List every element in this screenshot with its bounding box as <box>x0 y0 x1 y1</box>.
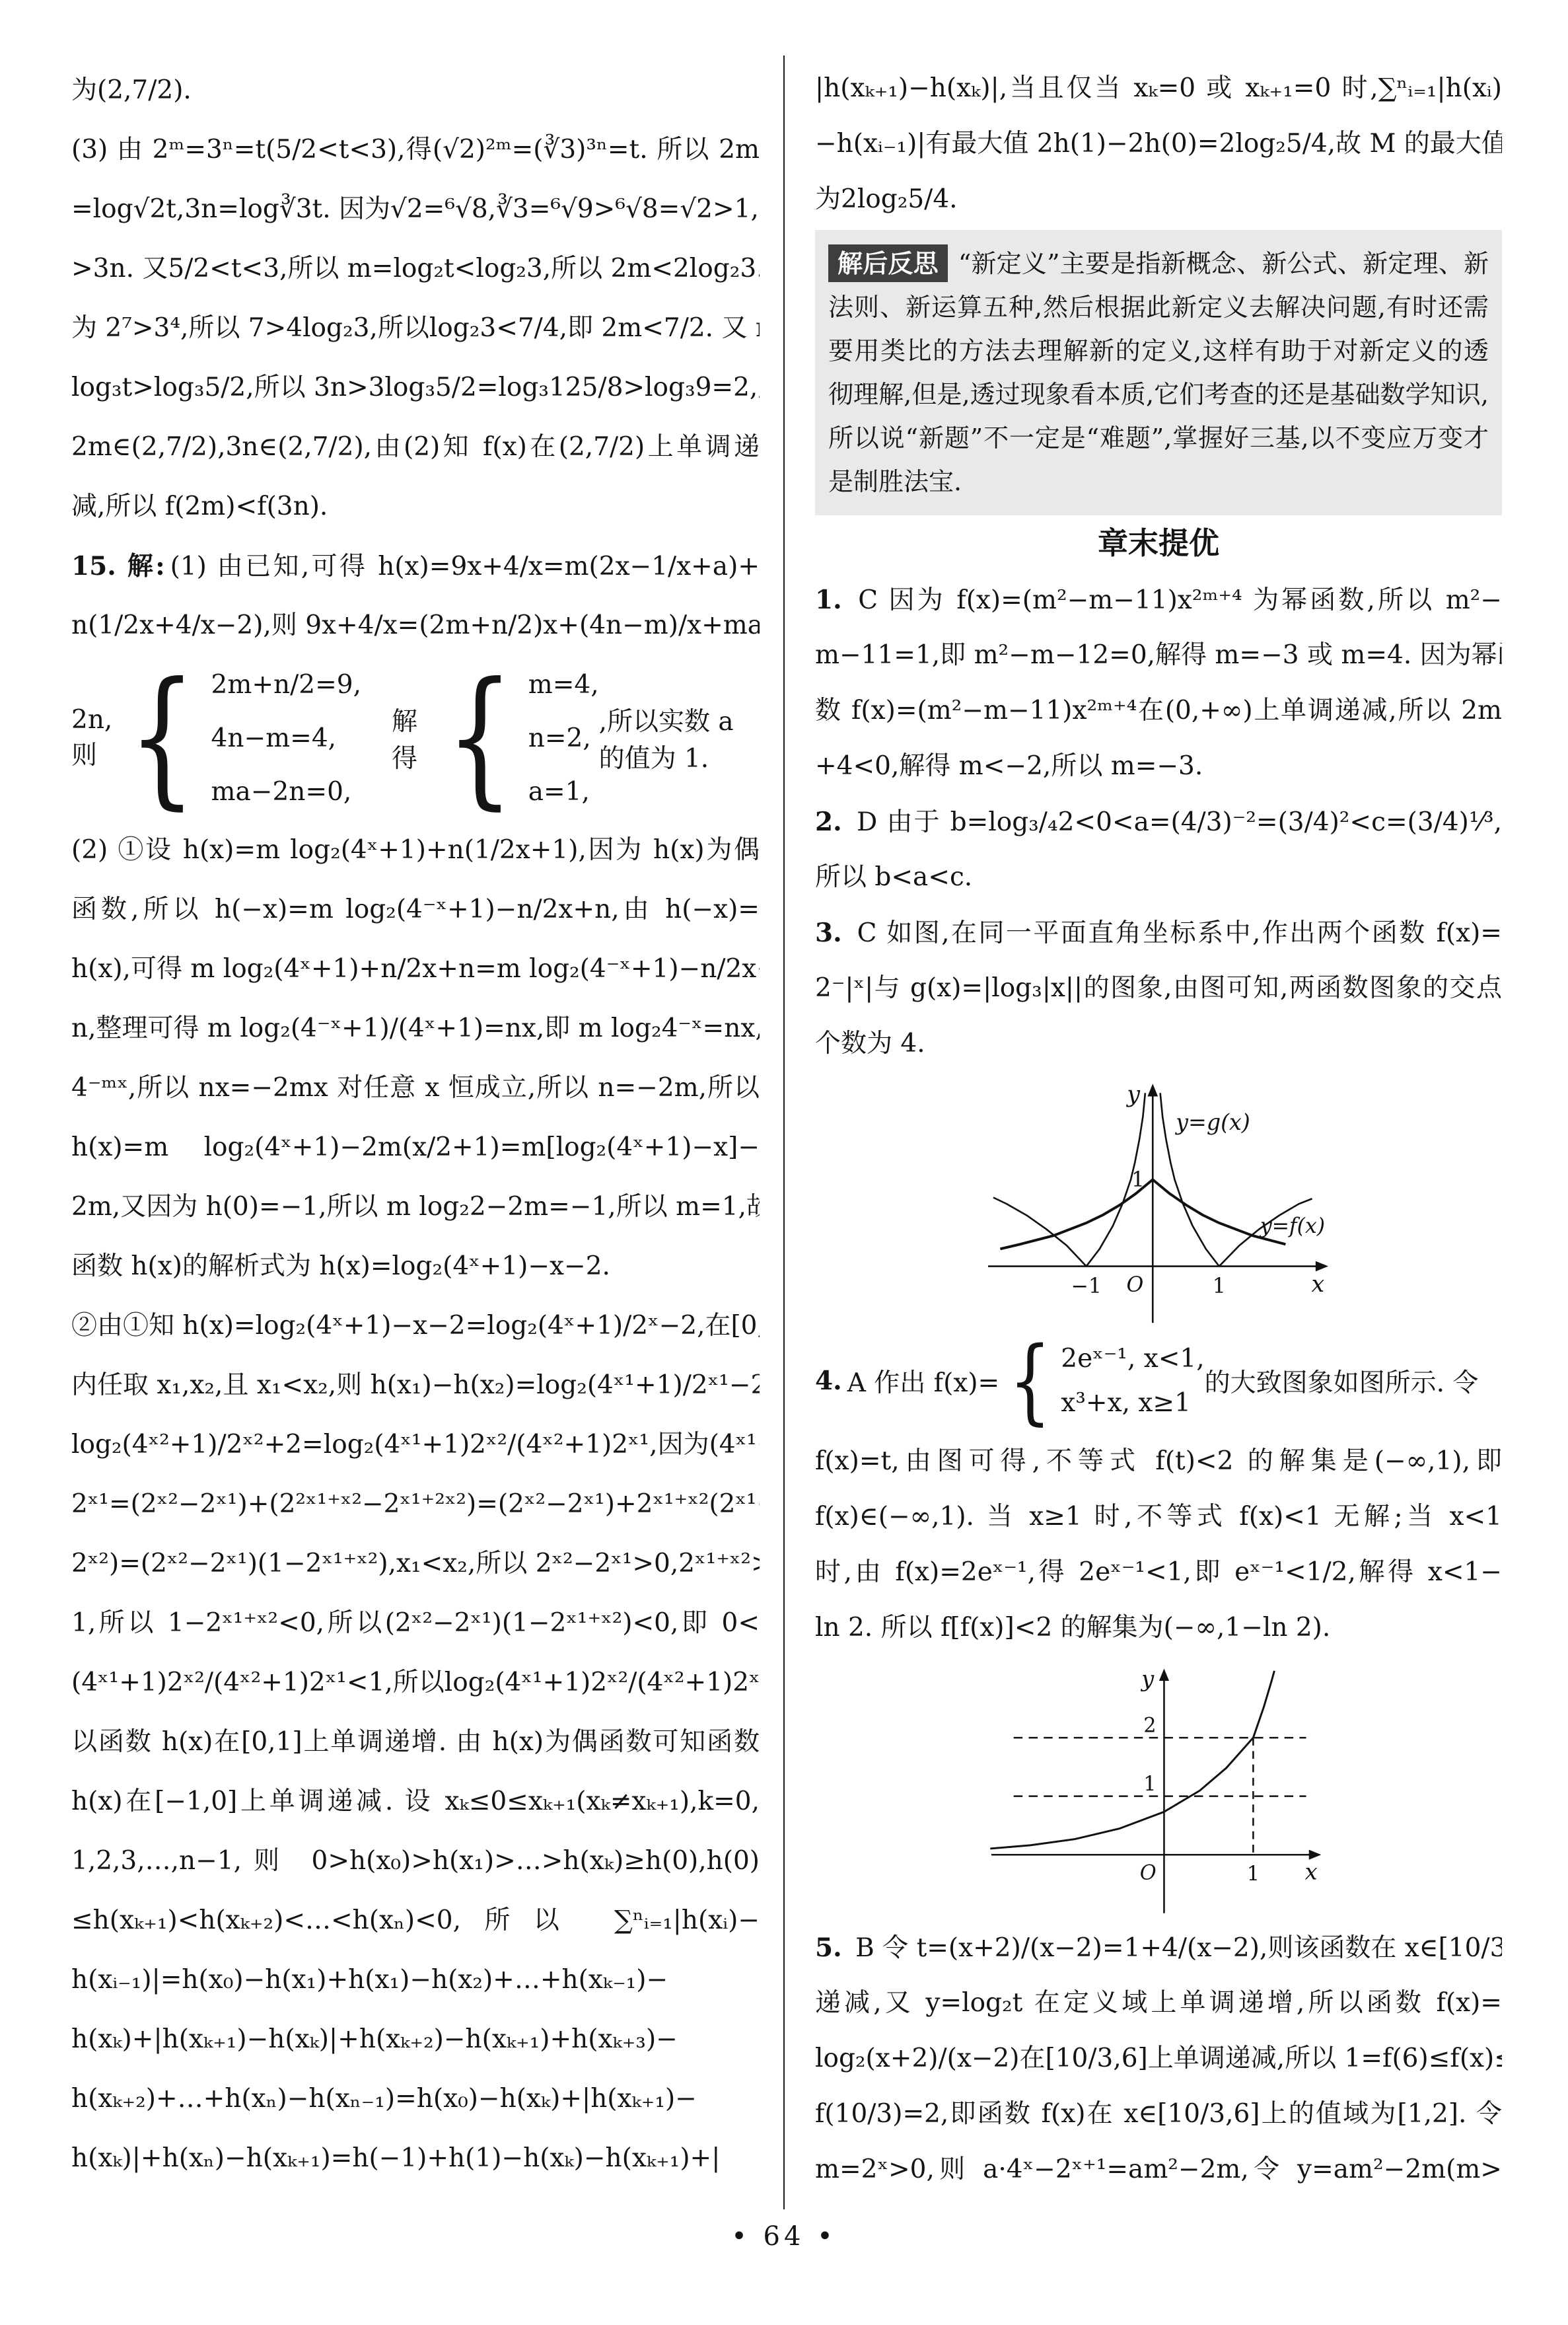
system-solutions: m=4, n=2, a=1, <box>528 670 599 807</box>
text-line: =log√2t,3n=log∛3t. 因为√2=⁶√8,∛3=⁶√9>⁶√8=√… <box>71 180 760 239</box>
text-line: 2ˣ¹=(2ˣ²−2ˣ¹)+(2²ˣ¹⁺ˣ²−2ˣ¹⁺²ˣ²)=(2ˣ²−2ˣ¹… <box>71 1475 760 1534</box>
equation: 2m+n/2=9, <box>211 670 361 700</box>
left-lines-bottom: (2) ①设 h(x)=m log₂(4ˣ+1)+n(1/2x+1),因为 h(… <box>71 821 760 2188</box>
right-lines-top: |h(xₖ₊₁)−h(xₖ)|,当且仅当 xₖ=0 或 xₖ₊₁=0 时,∑ⁿᵢ… <box>815 61 1502 227</box>
text-line: ln 2. 所以 f[f(x)]<2 的解集为(−∞,1−ln 2). <box>815 1600 1502 1656</box>
figure-2-wrapper: y 2 1 O 1 x <box>815 1660 1502 1916</box>
x-arrow-icon <box>1316 1261 1328 1272</box>
y-axis-label: y <box>1140 1666 1155 1691</box>
reflection-box: 解后反思“新定义”主要是指新概念、新公式、新定理、新法则、新运算五种,然后根据此… <box>815 230 1502 515</box>
case: 2eˣ⁻¹, x<1, <box>1061 1344 1204 1374</box>
left-lines-top: 为(2,7/2).(3) 由 2ᵐ=3ⁿ=t(5/2<t<3),得(√2)²ᵐ=… <box>71 61 760 655</box>
bold-item-number: 1. <box>815 585 842 615</box>
equation-system: 2n,则 { 2m+n/2=9, 4n−m=4, ma−2n=0, 解得 { m… <box>71 655 760 821</box>
x-axis-label: x <box>1305 1859 1318 1884</box>
y-tick-2: 2 <box>1143 1715 1156 1738</box>
y-tick-1: 1 <box>1131 1168 1145 1192</box>
text-line: f(x)=t,由图可得,不等式 f(t)<2 的解集是(−∞,1),即 <box>815 1434 1502 1489</box>
text-line: 3. C 如图,在同一平面直角坐标系中,作出两个函数 f(x)= <box>815 905 1502 961</box>
figure-1-wrapper: y y=g(x) 1 y=f(x) −1 O 1 x <box>815 1076 1502 1324</box>
text-line: n,整理可得 m log₂(4⁻ˣ+1)/(4ˣ+1)=nx,即 m log₂4… <box>71 999 760 1058</box>
left-brace-icon: { <box>1009 1342 1051 1421</box>
text-line: 以函数 h(x)在[0,1]上单调递增. 由 h(x)为偶函数可知函数 <box>71 1713 760 1772</box>
text-line: 数 f(x)=(m²−m−11)x²ᵐ⁺⁴在(0,+∞)上单调递减,所以 2m <box>815 683 1502 739</box>
solution: n=2, <box>528 723 599 753</box>
equation: 4n−m=4, <box>211 723 361 753</box>
text-line: 2. D 由于 b=log₃/₄2<0<a=(4/3)⁻²=(3/4)²<c=(… <box>815 794 1502 850</box>
text-line: 为(2,7/2). <box>71 61 760 120</box>
right-lines-problem-5: 5. B 令 t=(x+2)/(x−2)=1+4/(x−2),则该函数在 x∈[… <box>815 1920 1502 2197</box>
text-line: 减,所以 f(2m)<f(3n). <box>71 477 760 536</box>
text-line: (2) ①设 h(x)=m log₂(4ˣ+1)+n(1/2x+1),因为 h(… <box>71 821 760 880</box>
problem-number: 4. <box>815 1366 842 1396</box>
text-line: 函数,所以 h(−x)=m log₂(4⁻ˣ+1)−n/2x+n,由 h(−x)… <box>71 880 760 940</box>
solve-label: 解得 <box>392 701 425 775</box>
right-lines-problem-4: f(x)=t,由图可得,不等式 f(t)<2 的解集是(−∞,1),即f(x)∈… <box>815 1434 1502 1656</box>
text-line: 15. 解:(1) 由已知,可得 h(x)=9x+4/x=m(2x−1/x+a)… <box>71 536 760 596</box>
text-line: 内任取 x₁,x₂,且 x₁<x₂,则 h(x₁)−h(x₂)=log₂(4ˣ¹… <box>71 1356 760 1415</box>
x-tick-neg-1: −1 <box>1071 1274 1102 1298</box>
text-line: 2m∈(2,7/2),3n∈(2,7/2),由(2)知 f(x)在(2,7/2)… <box>71 418 760 477</box>
bold-item-number: 15. 解: <box>71 551 165 581</box>
text-line: 4⁻ᵐˣ,所以 nx=−2mx 对任意 x 恒成立,所以 n=−2m,所以 <box>71 1058 760 1118</box>
text-line: +4<0,解得 m<−2,所以 m=−3. <box>815 739 1502 794</box>
curve-g-outer-left <box>993 1198 1087 1267</box>
text-line: 1. C 因为 f(x)=(m²−m−11)x²ᵐ⁺⁴ 为幂函数,所以 m²− <box>815 572 1502 628</box>
column-divider <box>783 55 785 2209</box>
text-line: h(x)在[−1,0]上单调递减. 设 xₖ≤0≤xₖ₊₁(xₖ≠xₖ₊₁),k… <box>71 1772 760 1831</box>
text-line: 函数 h(x)的解析式为 h(x)=log₂(4ˣ+1)−x−2. <box>71 1237 760 1296</box>
y-tick-1: 1 <box>1143 1773 1156 1796</box>
text-line: m=2ˣ>0,则 a·4ˣ−2ˣ⁺¹=am²−2m,令 y=am²−2m(m> <box>815 2142 1502 2197</box>
text-line: h(xₖ)+|h(xₖ₊₁)−h(xₖ)|+h(xₖ₊₂)−h(xₖ₊₁)+h(… <box>71 2010 760 2069</box>
left-brace-icon: { <box>446 675 514 801</box>
piecewise-prefix: A 作出 f(x)= <box>847 1362 1000 1399</box>
text-line: 时,由 f(x)=2eˣ⁻¹,得 2eˣ⁻¹<1,即 eˣ⁻¹<1/2,解得 x… <box>815 1545 1502 1600</box>
text-line: n(1/2x+4/x−2),则 9x+4/x=(2m+n/2)x+(4n−m)/… <box>71 596 760 655</box>
left-column: 为(2,7/2).(3) 由 2ᵐ=3ⁿ=t(5/2<t<3),得(√2)²ᵐ=… <box>71 61 760 2188</box>
bold-item-number: 2. <box>815 807 842 837</box>
text-line: 递减,又 y=log₂t 在定义域上单调递增,所以函数 f(x)= <box>815 1975 1502 2031</box>
case: x³+x, x≥1 <box>1061 1388 1204 1418</box>
text-line: 1,所以 1−2ˣ¹⁺ˣ²<0,所以(2ˣ²−2ˣ¹)(1−2ˣ¹⁺ˣ²)<0,… <box>71 1594 760 1653</box>
textbook-page: { "page": { "footer": "• 64 •" }, "left"… <box>0 0 1568 2325</box>
text-line: h(xᵢ₋₁)|=h(x₀)−h(x₁)+h(x₁)−h(x₂)+…+h(xₖ₋… <box>71 1950 760 2010</box>
g-curve-label: y=g(x) <box>1174 1109 1250 1135</box>
text-line: log₂(x+2)/(x−2)在[10/3,6]上单调递减,所以 1=f(6)≤… <box>815 2031 1502 2086</box>
text-line: ②由①知 h(x)=log₂(4ˣ+1)−x−2=log₂(4ˣ+1)/2ˣ−2… <box>71 1296 760 1356</box>
y-axis-label: y <box>1125 1082 1141 1108</box>
text-line: h(xₖ₊₂)+…+h(xₙ)−h(xₙ₋₁)=h(x₀)−h(xₖ)+|h(x… <box>71 2069 760 2129</box>
right-column: |h(xₖ₊₁)−h(xₖ)|,当且仅当 xₖ=0 或 xₖ₊₁=0 时,∑ⁿᵢ… <box>815 61 1502 2197</box>
section-heading: 章末提优 <box>815 522 1502 564</box>
text-line: 2m,又因为 h(0)=−1,所以 m log₂2−2m=−1,所以 m=1,故 <box>71 1177 760 1237</box>
text-line: 所以 b<a<c. <box>815 850 1502 905</box>
bold-item-number: 3. <box>815 918 842 948</box>
reflection-label: 解后反思 <box>828 244 948 282</box>
text-line: 个数为 4. <box>815 1016 1502 1072</box>
graph-problem-4: y 2 1 O 1 x <box>980 1660 1337 1916</box>
text-line: −h(xᵢ₋₁)|有最大值 2h(1)−2h(0)=2log₂5/4,故 M 的… <box>815 116 1502 172</box>
curve-f-piecewise <box>990 1671 1274 1849</box>
text-line: log₂(4ˣ²+1)/2ˣ²+2=log₂(4ˣ¹+1)2ˣ²/(4ˣ²+1)… <box>71 1415 760 1475</box>
text-line: |h(xₖ₊₁)−h(xₖ)|,当且仅当 xₖ=0 或 xₖ₊₁=0 时,∑ⁿᵢ… <box>815 61 1502 116</box>
text-line: 为 2⁷>3⁴,所以 7>4log₂3,所以log₂3<7/4,即 2m<7/2… <box>71 299 760 358</box>
system-equations: 2m+n/2=9, 4n−m=4, ma−2n=0, <box>211 670 361 807</box>
right-lines-problems-1-3: 1. C 因为 f(x)=(m²−m−11)x²ᵐ⁺⁴ 为幂函数,所以 m²−m… <box>815 572 1502 1072</box>
text-line: (4ˣ¹+1)2ˣ²/(4ˣ²+1)2ˣ¹<1,所以log₂(4ˣ¹+1)2ˣ²… <box>71 1653 760 1713</box>
text-line: f(x)∈(−∞,1). 当 x≥1 时,不等式 f(x)<1 无解;当 x<1 <box>815 1489 1502 1545</box>
bold-item-number: 5. <box>815 1933 842 1963</box>
text-line: >3n. 又5/2<t<3,所以 m=log₂t<log₂3,所以 2m<2lo… <box>71 239 760 299</box>
system-prefix: 2n,则 <box>71 705 114 772</box>
page-number: • 64 • <box>0 2221 1568 2252</box>
text-line: 2ˣ²)=(2ˣ²−2ˣ¹)(1−2ˣ¹⁺ˣ²),x₁<x₂,所以 2ˣ²−2ˣ… <box>71 1534 760 1594</box>
equation: ma−2n=0, <box>211 777 361 807</box>
x-tick-1: 1 <box>1247 1863 1260 1886</box>
text-line: (3) 由 2ᵐ=3ⁿ=t(5/2<t<3),得(√2)²ᵐ=(∛3)³ⁿ=t.… <box>71 120 760 180</box>
y-arrow-icon <box>1159 1668 1169 1681</box>
origin-label: O <box>1126 1273 1143 1297</box>
text-line: h(x),可得 m log₂(4ˣ+1)+n/2x+n=m log₂(4⁻ˣ+1… <box>71 940 760 999</box>
solution: m=4, <box>528 670 599 700</box>
y-arrow-icon <box>1147 1084 1158 1096</box>
piecewise-suffix: 的大致图象如图所示. 令 <box>1205 1362 1479 1399</box>
graph-problem-3: y y=g(x) 1 y=f(x) −1 O 1 x <box>974 1076 1343 1324</box>
text-line: 1,2,3,…,n−1,则 0>h(x₀)>h(x₁)>…>h(xₖ)≥h(0)… <box>71 1831 760 1891</box>
text-line: f(10/3)=2,即函数 f(x)在 x∈[10/3,6]上的值域为[1,2]… <box>815 2086 1502 2142</box>
text-line: 5. B 令 t=(x+2)/(x−2)=1+4/(x−2),则该函数在 x∈[… <box>815 1920 1502 1975</box>
origin-label: O <box>1140 1861 1157 1884</box>
x-axis-label: x <box>1311 1271 1324 1298</box>
text-line: m−11=1,即 m²−m−12=0,解得 m=−3 或 m=4. 因为幂函 <box>815 628 1502 683</box>
solution: a=1, <box>528 777 599 807</box>
text-line: 为2log₂5/4. <box>815 172 1502 227</box>
reflection-text: “新定义”主要是指新概念、新公式、新定理、新法则、新运算五种,然后根据此新定义去… <box>828 249 1489 496</box>
text-line: ≤h(xₖ₊₁)<h(xₖ₊₂)<…<h(xₙ)<0,所以 ∑ⁿᵢ₌₁|h(xᵢ… <box>71 1891 760 1950</box>
text-line: 2⁻|ˣ|与 g(x)=|log₃|x||的图象,由图可知,两函数图象的交点 <box>815 961 1502 1016</box>
left-brace-icon: { <box>128 675 196 801</box>
text-line: h(xₖ)|+h(xₙ)−h(xₖ₊₁)=h(−1)+h(1)−h(xₖ)−h(… <box>71 2129 760 2188</box>
system-suffix: ,所以实数 a 的值为 1. <box>599 701 760 775</box>
x-tick-1: 1 <box>1213 1274 1226 1298</box>
f-curve-label: y=f(x) <box>1259 1214 1325 1238</box>
piecewise-definition: 4. A 作出 f(x)= { 2eˣ⁻¹, x<1, x³+x, x≥1 的大… <box>815 1328 1502 1434</box>
text-line: log₃t>log₃5/2,所以 3n>3log₃5/2=log₃125/8>l… <box>71 358 760 418</box>
piecewise-cases: 2eˣ⁻¹, x<1, x³+x, x≥1 <box>1061 1344 1204 1418</box>
text-line: h(x)=m log₂(4ˣ+1)−2m(x/2+1)=m[log₂(4ˣ+1)… <box>71 1118 760 1177</box>
